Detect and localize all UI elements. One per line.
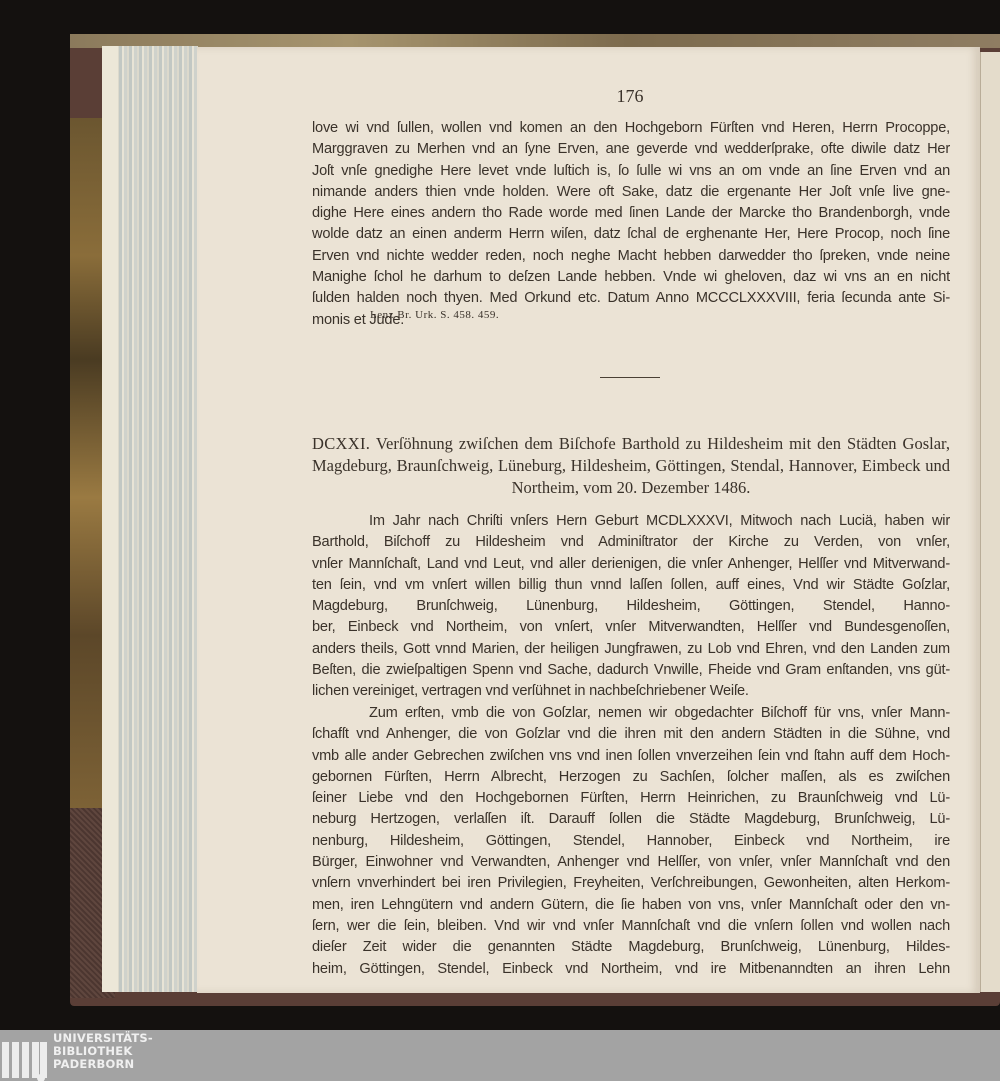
text-line: nenburg, Hildesheim, Göttingen, Stendel,… bbox=[312, 831, 950, 852]
text-line: vmb alle ander Gebrechen zwiſchen vns vn… bbox=[312, 746, 950, 767]
text-line: gebornen Fürſten, Herrn Albrecht, Herzog… bbox=[312, 767, 950, 788]
logo-line: PADERBORN bbox=[53, 1058, 153, 1071]
text-line: heim, Göttingen, Stendel, Einbeck vnd No… bbox=[312, 959, 950, 980]
text-line: men, iren Lehngütern vnd andern Gütern, … bbox=[312, 895, 950, 916]
heading-title-line: Magdeburg, Braunſchweig, Lüneburg, Hilde… bbox=[312, 455, 950, 477]
heading-title-line: Verſöhnung zwiſchen dem Biſchofe Barthol… bbox=[376, 434, 950, 453]
document-number: DCXXI. bbox=[312, 434, 370, 453]
text-line: ſchafſt vnd Anhenger, die von Goſzlar vn… bbox=[312, 724, 950, 745]
text-line: Zum erſten, vmb die von Goſzlar, nemen w… bbox=[312, 703, 950, 724]
text-line: anders theils, Gott vnnd Marien, der hei… bbox=[312, 639, 950, 660]
text-line: Beſten, die zwieſpaltigen Spenn vnd Sach… bbox=[312, 660, 950, 681]
text-line: love wi vnd ſullen, wollen vnd komen an … bbox=[312, 118, 950, 139]
text-line: neburg Hertzogen, verlaſſen iſt. Darauff… bbox=[312, 809, 950, 830]
text-line: ſulden halden noch thyen. Med Orkund etc… bbox=[312, 288, 950, 309]
text-line: Marggraven zu Merhen vnd an ſyne Erven, … bbox=[312, 139, 950, 160]
text-line: vnſern vnverhindert bei iren Privilegien… bbox=[312, 873, 950, 894]
text-line: nimande anders thien vnde holden. Were o… bbox=[312, 182, 950, 203]
paragraph-1: Im Jahr nach Chriſti vnſers Hern Geburt … bbox=[312, 511, 950, 703]
flyleaf-edge bbox=[102, 46, 118, 992]
text-line: wolde datz an einen anderm Herrn wiſen, … bbox=[312, 224, 950, 245]
source-citation: Lenz Br. Urk. S. 458. 459. bbox=[370, 309, 499, 321]
text-line: Bürger, Einwohner vnd Verwandten, Anheng… bbox=[312, 852, 950, 873]
marbled-endpaper bbox=[70, 118, 102, 808]
text-line: vnſer Mannſchaſt, Land vnd Leut, vnd all… bbox=[312, 554, 950, 575]
text-line: Manighe ſchol he darhum to deſzen Lande … bbox=[312, 267, 950, 288]
document-heading: DCXXI. Verſöhnung zwiſchen dem Biſchofe … bbox=[312, 433, 950, 499]
section-divider bbox=[600, 377, 660, 378]
text-line: Erven vnd nichte wedder reden, noch negh… bbox=[312, 246, 950, 267]
adjacent-page-edge bbox=[980, 52, 1000, 992]
heading-line: DCXXI. Verſöhnung zwiſchen dem Biſchofe … bbox=[312, 433, 950, 455]
book-cover-top-edge bbox=[70, 34, 1000, 48]
text-line: ſeiner Liebe vnd den Hochgebornen Fürſte… bbox=[312, 788, 950, 809]
text-line: Im Jahr nach Chriſti vnſers Hern Geburt … bbox=[312, 511, 950, 532]
library-logo-text: UNIVERSITÄTS- BIBLIOTHEK PADERBORN bbox=[53, 1032, 153, 1071]
heading-title-line: Northeim, vom 20. Dezember 1486. bbox=[312, 477, 950, 499]
text-line: Joſt vnſe gnedighe Here levet vnde luſti… bbox=[312, 161, 950, 182]
text-line: ſern, wer die ſein, bleiben. Vnd wir vnd… bbox=[312, 916, 950, 937]
continuation-text: love wi vnd ſullen, wollen vnd komen an … bbox=[312, 118, 950, 331]
paragraph-2: Zum erſten, vmb die von Goſzlar, nemen w… bbox=[312, 703, 950, 980]
text-line: ber, Einbeck vnd Northeim, von vnſert, v… bbox=[312, 617, 950, 638]
text-line: lichen vereiniget, vertragen vnd verſühn… bbox=[312, 681, 950, 702]
text-line: Magdeburg, Brunſchweig, Lünenburg, Hilde… bbox=[312, 596, 950, 617]
page-number: 176 bbox=[600, 86, 660, 107]
text-line: ten ſein, vnd vm vnſert willen billig th… bbox=[312, 575, 950, 596]
text-line: dighe Here eines andern tho Rade worde m… bbox=[312, 203, 950, 224]
text-line: dieſer Zeit wider die genannten Städte M… bbox=[312, 937, 950, 958]
logo-dot-icon bbox=[37, 1074, 45, 1081]
text-line: Barthold, Biſchoff zu Hildesheim vnd Adm… bbox=[312, 532, 950, 553]
